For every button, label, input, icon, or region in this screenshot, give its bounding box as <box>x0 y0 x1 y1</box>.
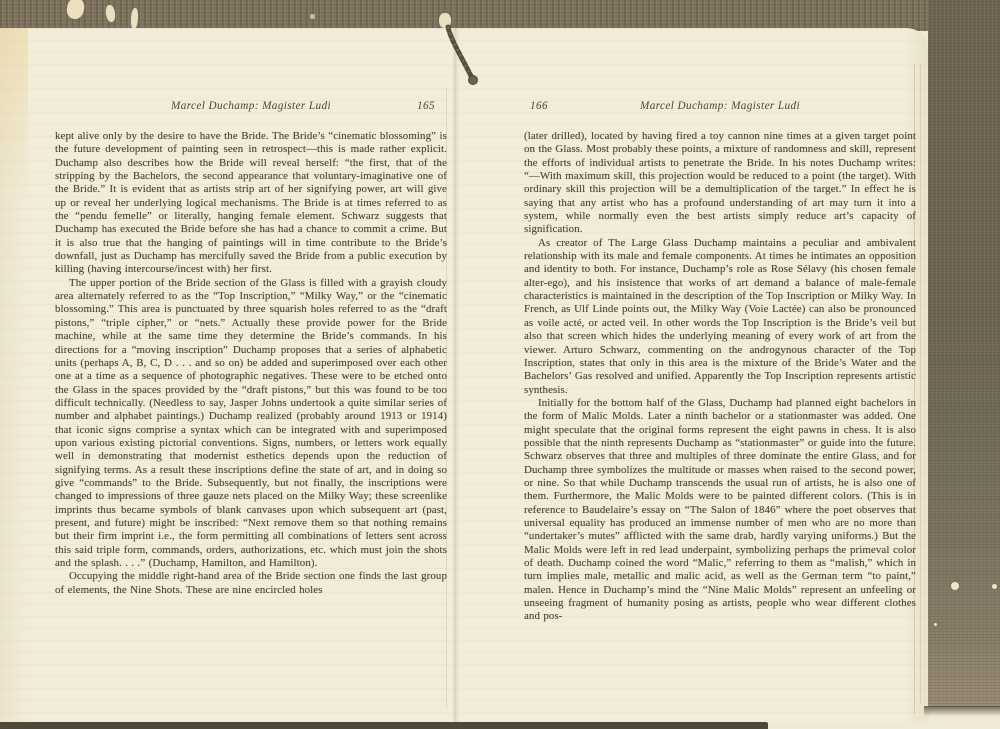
page-number: 166 <box>530 100 548 112</box>
paper-fleck <box>934 623 937 626</box>
book-scan: Marcel Duchamp: Magister Ludi 165 kept a… <box>0 0 1000 729</box>
page-gutter <box>452 28 460 722</box>
running-head: Marcel Duchamp: Magister Ludi <box>171 100 331 112</box>
scan-background-top <box>0 0 1000 31</box>
body-paragraph: As creator of The Large Glass Duchamp ma… <box>524 237 916 397</box>
scan-background-bottom <box>0 722 768 729</box>
paper-fleck <box>310 14 315 19</box>
paper-fleck <box>951 582 959 590</box>
paper-fleck <box>992 584 997 589</box>
running-head: Marcel Duchamp: Magister Ludi <box>640 100 800 112</box>
body-paragraph: Initially for the bottom half of the Gla… <box>524 397 916 624</box>
body-paragraph: Occupying the middle right-hand area of … <box>55 570 447 597</box>
body-paragraph: The upper portion of the Bride section o… <box>55 277 447 571</box>
left-page-header: Marcel Duchamp: Magister Ludi 165 <box>55 100 447 114</box>
bookmark-thread <box>438 24 494 98</box>
paper-fleck <box>105 4 116 22</box>
page-edge-tint <box>0 28 28 198</box>
body-paragraph: (later drilled), located by having fired… <box>524 130 916 237</box>
body-paragraph: kept alive only by the desire to have th… <box>55 130 447 277</box>
right-page: 166 Marcel Duchamp: Magister Ludi (later… <box>524 100 916 624</box>
right-page-header: 166 Marcel Duchamp: Magister Ludi <box>524 100 916 114</box>
paper-fleck <box>130 8 138 29</box>
scan-background-right <box>928 0 1000 707</box>
book-pages: Marcel Duchamp: Magister Ludi 165 kept a… <box>0 28 930 722</box>
page-edge-line <box>920 64 921 704</box>
paper-fleck <box>65 0 86 21</box>
page-number: 165 <box>417 100 435 112</box>
left-page: Marcel Duchamp: Magister Ludi 165 kept a… <box>55 100 447 597</box>
